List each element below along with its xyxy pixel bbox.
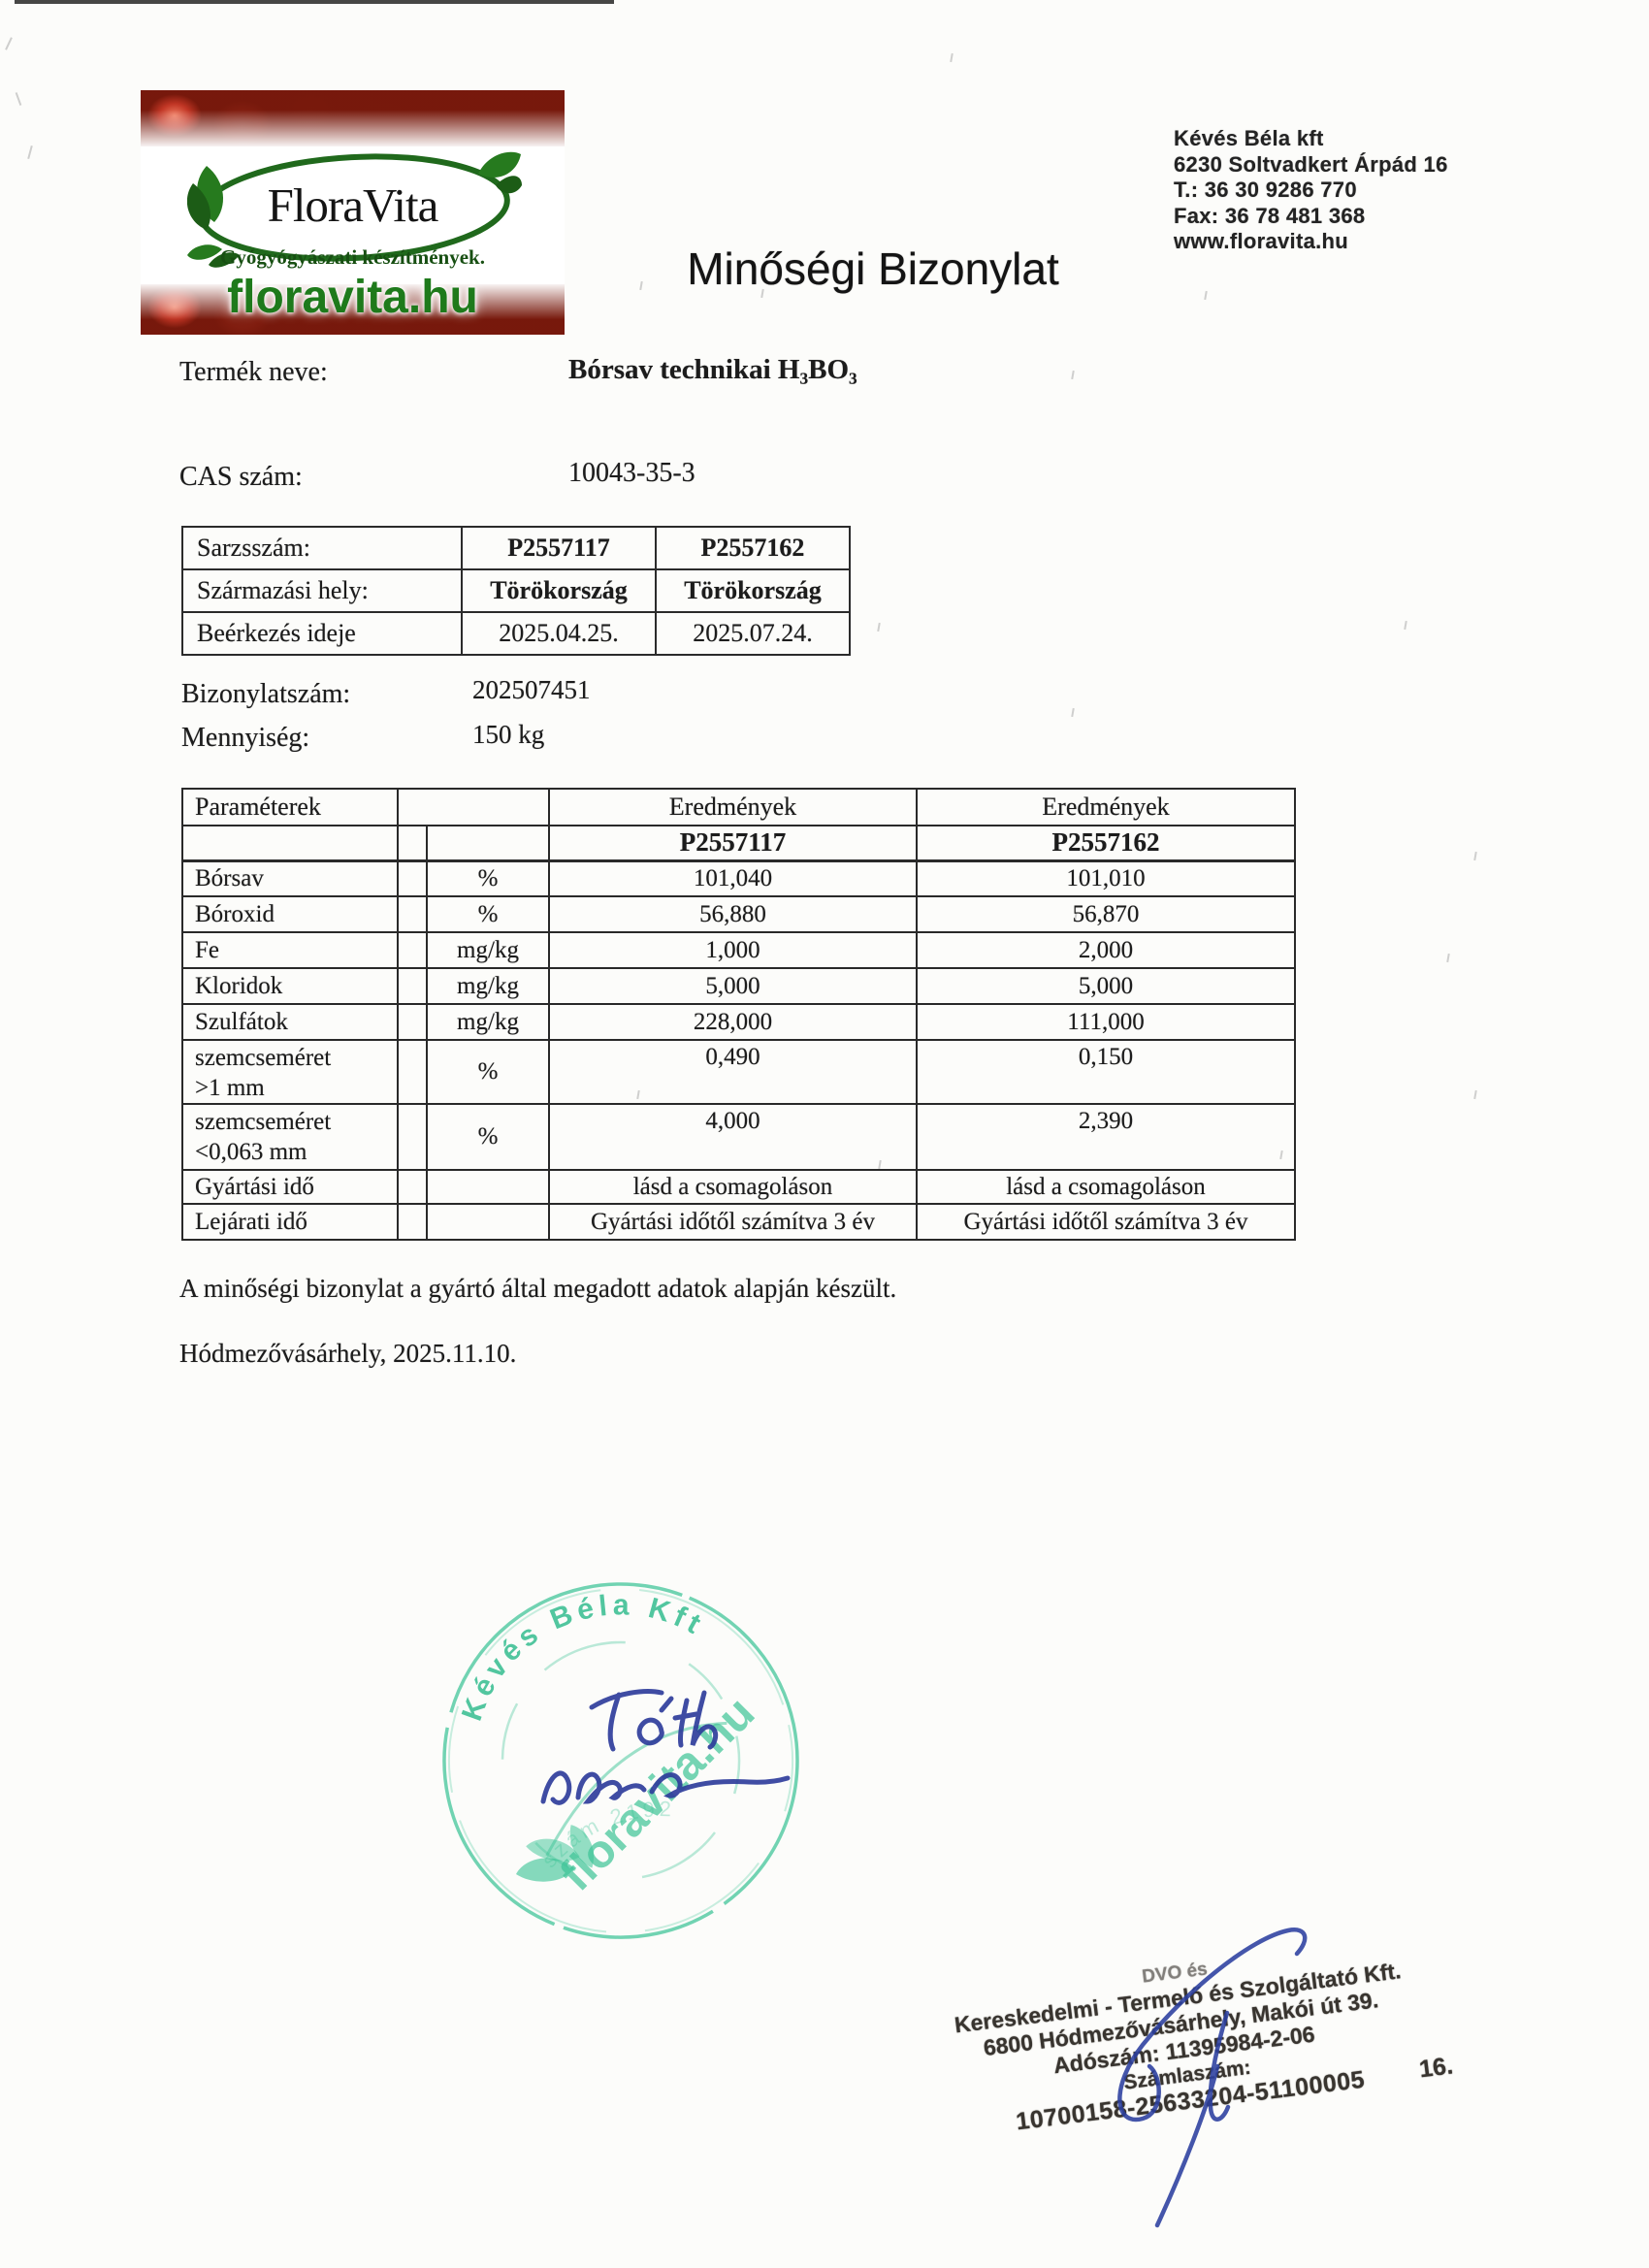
param-value-1: 4,000 xyxy=(549,1104,917,1170)
param-unit: % xyxy=(427,860,549,896)
empty-cell xyxy=(398,1104,427,1170)
company-info-block: Kévés Béla kft 6230 Soltvadkert Árpád 16… xyxy=(1174,126,1448,255)
logo-berries-top-image xyxy=(141,90,565,146)
company-address: 6230 Soltvadkert Árpád 16 xyxy=(1174,152,1448,178)
param-value-2: 56,870 xyxy=(917,896,1295,932)
certificate-number-label: Bizonylatszám: xyxy=(181,679,350,710)
param-name: szemcseméret >1 mm xyxy=(182,1040,398,1104)
param-value-1: 228,000 xyxy=(549,1004,917,1040)
company-round-stamp: Kévés Béla Kft szám 2192 floravita.hu xyxy=(407,1547,834,1974)
scan-artifact xyxy=(1071,708,1075,717)
param-line-1: szemcseméret xyxy=(195,1043,397,1073)
certificate-note: A minőségi bizonylat a gyártó által mega… xyxy=(179,1274,896,1304)
floravita-logo: FloraVita Gyógyógyászati készítmények. f… xyxy=(141,90,565,335)
empty-cell xyxy=(427,826,549,860)
cas-number-label: CAS szám: xyxy=(179,462,303,493)
param-value-1: Gyártási időtől számítva 3 év xyxy=(549,1204,917,1240)
company-website: www.floravita.hu xyxy=(1174,229,1448,255)
empty-cell xyxy=(398,1204,427,1240)
results-header-row: Paraméterek Eredmények Eredmények xyxy=(182,789,1295,826)
stamp-website-text: floravita.hu xyxy=(551,1687,764,1900)
scan-artifact xyxy=(5,37,13,50)
origin-label: Származási hely: xyxy=(182,569,462,612)
empty-cell xyxy=(398,789,549,826)
place-and-date: Hódmezővásárhely, 2025.11.10. xyxy=(179,1339,516,1369)
batch-number-1: P2557117 xyxy=(462,527,656,569)
scan-artifact xyxy=(27,146,33,159)
table-row: Fe mg/kg 1,000 2,000 xyxy=(182,932,1295,968)
param-unit: % xyxy=(427,1104,549,1170)
scan-artifact xyxy=(877,623,881,632)
table-row: szemcseméret >1 mm % 0,490 0,150 xyxy=(182,1040,1295,1104)
batch-number-2: P2557162 xyxy=(656,527,850,569)
results-header-1: Eredmények xyxy=(549,789,917,826)
table-row: Kloridok mg/kg 5,000 5,000 xyxy=(182,968,1295,1004)
arrival-date-1: 2025.04.25. xyxy=(462,612,656,655)
empty-cell xyxy=(398,1170,427,1204)
scan-artifact xyxy=(1473,852,1477,860)
param-value-1: lásd a csomagoláson xyxy=(549,1170,917,1204)
param-unit: % xyxy=(427,896,549,932)
param-name: Gyártási idő xyxy=(182,1170,398,1204)
table-row: szemcseméret <0,063 mm % 4,000 2,390 xyxy=(182,1104,1295,1170)
empty-cell xyxy=(398,968,427,1004)
arrival-date-label: Beérkezés ideje xyxy=(182,612,462,655)
param-unit: mg/kg xyxy=(427,968,549,1004)
certificate-number-value: 202507451 xyxy=(472,675,591,705)
results-table: Paraméterek Eredmények Eredmények P25571… xyxy=(181,788,1296,1241)
handwritten-signature xyxy=(1018,1872,1426,2241)
param-name: Bóroxid xyxy=(182,896,398,932)
param-value-2: 2,000 xyxy=(917,932,1295,968)
param-name: Szulfátok xyxy=(182,1004,398,1040)
results-header-2: Eredmények xyxy=(917,789,1295,826)
batch-column-2: P2557162 xyxy=(917,826,1295,860)
param-value-1: 101,040 xyxy=(549,860,917,896)
param-name: Lejárati idő xyxy=(182,1204,398,1240)
param-value-2: 101,010 xyxy=(917,860,1295,896)
product-name-value: Bórsav technikai H₃BO₃ xyxy=(568,354,857,386)
empty-cell xyxy=(398,1040,427,1104)
batch-number-label: Sarzsszám: xyxy=(182,527,462,569)
empty-cell xyxy=(398,826,427,860)
param-value-1: 56,880 xyxy=(549,896,917,932)
table-row: Származási hely: Törökország Törökország xyxy=(182,569,850,612)
param-unit: mg/kg xyxy=(427,1004,549,1040)
param-value-2: 5,000 xyxy=(917,968,1295,1004)
logo-website: floravita.hu xyxy=(141,271,565,324)
product-name-label: Termék neve: xyxy=(179,357,328,388)
company-fax: Fax: 36 78 481 368 xyxy=(1174,204,1448,230)
batch-column-1: P2557117 xyxy=(549,826,917,860)
table-row: Lejárati idő Gyártási időtől számítva 3 … xyxy=(182,1204,1295,1240)
results-subheader-row: P2557117 P2557162 xyxy=(182,826,1295,860)
scan-artifact xyxy=(15,0,614,4)
scanned-document-page: FloraVita Gyógyógyászati készítmények. f… xyxy=(0,0,1649,2268)
table-row: Szulfátok mg/kg 228,000 111,000 xyxy=(182,1004,1295,1040)
logo-tagline: Gyógyógyászati készítmények. xyxy=(141,245,565,270)
param-unit: mg/kg xyxy=(427,932,549,968)
company-name: Kévés Béla kft xyxy=(1174,126,1448,152)
param-value-2: 2,390 xyxy=(917,1104,1295,1170)
empty-cell xyxy=(398,860,427,896)
param-name: Fe xyxy=(182,932,398,968)
document-title: Minőségi Bizonylat xyxy=(640,243,1106,295)
scan-artifact xyxy=(1446,954,1450,962)
company-phone: T.: 36 30 9286 770 xyxy=(1174,178,1448,204)
scan-artifact xyxy=(1071,371,1075,379)
parameters-header: Paraméterek xyxy=(182,789,398,826)
param-value-2: 0,150 xyxy=(917,1040,1295,1104)
param-line-1: szemcseméret xyxy=(195,1107,397,1137)
param-value-1: 0,490 xyxy=(549,1040,917,1104)
scan-artifact xyxy=(1473,1090,1477,1099)
origin-1: Törökország xyxy=(462,569,656,612)
cas-number-value: 10043-35-3 xyxy=(568,458,695,489)
param-value-1: 5,000 xyxy=(549,968,917,1004)
table-row: Bóroxid % 56,880 56,870 xyxy=(182,896,1295,932)
param-unit: % xyxy=(427,1040,549,1104)
quantity-value: 150 kg xyxy=(472,720,544,750)
param-line-2: >1 mm xyxy=(195,1073,397,1103)
param-unit xyxy=(427,1204,549,1240)
table-row: Sarzsszám: P2557117 P2557162 xyxy=(182,527,850,569)
param-name: Kloridok xyxy=(182,968,398,1004)
empty-cell xyxy=(398,896,427,932)
param-value-2: lásd a csomagoláson xyxy=(917,1170,1295,1204)
empty-cell xyxy=(398,1004,427,1040)
param-name: Bórsav xyxy=(182,860,398,896)
param-line-2: <0,063 mm xyxy=(195,1137,397,1167)
empty-cell xyxy=(182,826,398,860)
param-name: szemcseméret <0,063 mm xyxy=(182,1104,398,1170)
scan-artifact xyxy=(950,53,954,62)
scan-artifact xyxy=(16,92,22,106)
scan-artifact xyxy=(1404,621,1407,630)
param-value-1: 1,000 xyxy=(549,932,917,968)
logo-wordmark: FloraVita xyxy=(141,178,565,233)
quantity-label: Mennyiség: xyxy=(181,723,309,754)
table-row: Gyártási idő lásd a csomagoláson lásd a … xyxy=(182,1170,1295,1204)
empty-cell xyxy=(398,932,427,968)
table-row: Beérkezés ideje 2025.04.25. 2025.07.24. xyxy=(182,612,850,655)
arrival-date-2: 2025.07.24. xyxy=(656,612,850,655)
origin-2: Törökország xyxy=(656,569,850,612)
batch-table: Sarzsszám: P2557117 P2557162 Származási … xyxy=(181,526,851,656)
table-row: Bórsav % 101,040 101,010 xyxy=(182,860,1295,896)
param-value-2: Gyártási időtől számítva 3 év xyxy=(917,1204,1295,1240)
scan-artifact xyxy=(1204,291,1208,300)
param-value-2: 111,000 xyxy=(917,1004,1295,1040)
param-unit xyxy=(427,1170,549,1204)
